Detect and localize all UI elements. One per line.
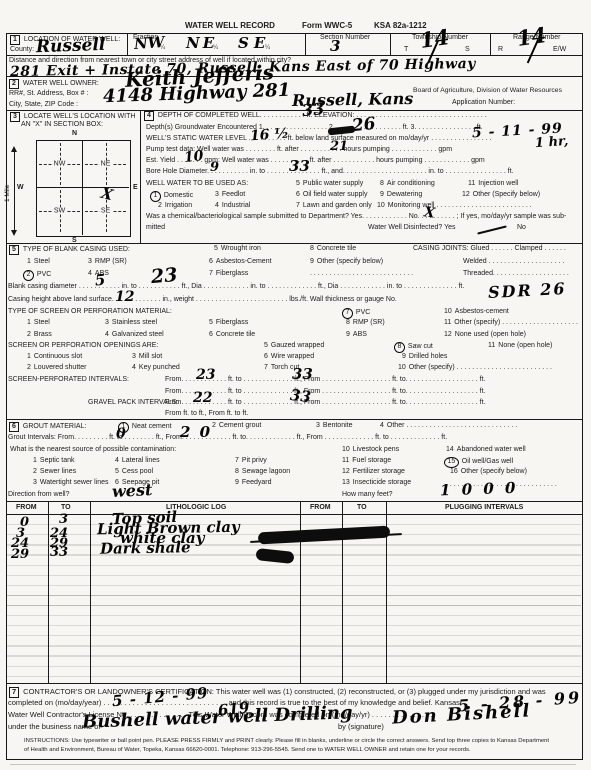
opening-option-10: 10Other (specify) . . . . . . . . . . . …: [398, 364, 552, 372]
arrow-up-icon: [11, 146, 17, 152]
contamination-option-8: 8Sewage lagoon: [235, 468, 290, 476]
screen-option-10: 10Asbestos-cement: [444, 308, 509, 316]
section5-number: 5: [9, 245, 19, 255]
pump-test-depth-value: 21: [330, 140, 348, 153]
screen-option-5: 5Fiberglass: [209, 319, 248, 327]
contamination-option-4: 4Lateral lines: [115, 457, 160, 465]
opening-option-3: 3Mill slot: [132, 353, 162, 361]
grout-option-4: 4Other . . . . . . . . . . . . . . . . .…: [380, 422, 517, 430]
groundwater-depth-value: 26: [351, 116, 376, 135]
opening-option-11: 11None (open hole): [488, 342, 552, 350]
contamination-option-11: 11Fuel storage: [342, 457, 391, 465]
board-label: Board of Agriculture, Division of Water …: [413, 87, 562, 95]
quadrant-nw-label: NW: [52, 160, 68, 167]
use-heading: WELL WATER TO BE USED AS:: [146, 180, 248, 188]
contamination-option-10: 10Livestock pens: [342, 446, 399, 454]
grout-option-1-selected: 1Neat cement: [122, 422, 172, 433]
use-option-7: 7Lawn and garden only: [296, 202, 372, 210]
use-option-11: 11Injection well: [468, 180, 518, 188]
joints-threaded-label: Threaded. . . . . . . . . . . . . . . . …: [463, 270, 569, 278]
use-option-12: 12Other (Specify below): [462, 191, 540, 199]
gp-to-value: 33: [289, 388, 311, 405]
screen-option-7-selected: 7PVC: [346, 308, 370, 319]
gauge-value: SDR 26: [488, 281, 567, 301]
contamination-option-7: 7Pit privy: [235, 457, 267, 465]
table-column-border: [90, 501, 91, 683]
casing-option-2-selected: 2PVC: [27, 270, 51, 281]
disinfected-label: Water Well Disinfected? Yes: [368, 224, 456, 232]
opening-option-1: 1Continuous slot: [27, 353, 82, 361]
quadrant-se-label: SE: [99, 207, 112, 214]
bore-diameter-value: 9: [210, 161, 219, 174]
circled-option-mark: 7: [342, 308, 353, 319]
grout-to-value: 2 0: [180, 425, 212, 440]
cell-border: [390, 33, 391, 55]
gravel-pack-intervals-line: From. . . . . . . . . . . . ft. to . . .…: [165, 399, 486, 407]
contamination-option-3: 3Watertight sewer lines: [33, 479, 109, 487]
opening-option-5: 5Gauzed wrapped: [264, 342, 324, 350]
contamination-heading: What is the nearest source of possible c…: [10, 446, 176, 454]
screen-option-12: 12None used (open hole): [444, 331, 526, 339]
signature-label: by (signature): [338, 723, 384, 732]
grout-option-2: 2Cement grout: [212, 422, 261, 430]
casing-option-6: 6Asbestos-Cement: [209, 258, 272, 266]
quadrant-sw-label: SW: [52, 207, 67, 214]
yield-value: 10: [183, 149, 204, 165]
grout-heading: 6GROUT MATERIAL:: [9, 422, 86, 432]
contamination-option-9: 9Feedyard: [235, 479, 271, 487]
screen-option-1: 1Steel: [27, 319, 50, 327]
county-label: County:: [10, 46, 34, 54]
screen-option-11: 11Other (specify) . . . . . . . . . . . …: [444, 319, 578, 327]
casing-option-1: 1Steel: [27, 258, 50, 266]
casing-option-9: 9Other (specify below): [310, 258, 383, 266]
cell-border: [127, 33, 128, 55]
plug-header-from: FROM: [310, 504, 331, 512]
sample-submitted-line: Was a chemical/bacteriological sample su…: [146, 213, 566, 221]
log-row-from: 29: [11, 548, 29, 561]
direction-value: west: [112, 482, 153, 500]
section4-number: 4: [144, 111, 154, 121]
section6-number: 6: [9, 422, 19, 432]
quadrant-nw: NW: [37, 141, 82, 187]
cell-border: [305, 33, 306, 55]
range-value: 14: [516, 24, 548, 49]
log-row-to: 33: [50, 546, 68, 559]
table-column-border: [300, 501, 301, 683]
mile-label: 1 Mile: [4, 185, 11, 202]
page-title: WATER WELL RECORD: [185, 21, 275, 30]
log-header-to: TO: [61, 504, 71, 512]
pump-test-time-value: 1 hr,: [535, 135, 569, 150]
casing-diameter-line: Blank casing diameter . . . . . . . . . …: [8, 283, 464, 291]
section3-number: 3: [10, 112, 20, 122]
city-label: City, State, ZIP Code :: [9, 101, 78, 109]
scan-edge-mark: [10, 764, 576, 765]
county-value: Russell: [36, 37, 106, 56]
water-well-record-form: WATER WELL RECORD Form WWC-5 KSA 82a-121…: [0, 0, 591, 770]
table-column-border: [48, 501, 49, 683]
plug-header-to: TO: [357, 504, 367, 512]
screen-option-2: 2Brass: [27, 331, 52, 339]
disinfected-no-label: No: [517, 224, 526, 232]
screen-option-8: 8RMP (SR): [346, 319, 385, 327]
divider: [6, 419, 582, 420]
divider: [6, 243, 582, 244]
sp-to-value: 33: [292, 367, 313, 382]
screen-option-4: 4Galvanized steel: [105, 331, 164, 339]
compass-south-label: S: [72, 237, 77, 245]
circled-option-mark: 2: [23, 270, 34, 281]
range-r: R: [498, 46, 503, 54]
screen-perforated-intervals-label: SCREEN-PERFORATED INTERVALS:: [8, 376, 129, 384]
grout-from-value: 0: [116, 427, 126, 441]
divider: [6, 501, 582, 502]
grout-intervals-line: Grout Intervals: From. . . . . . . . . f…: [8, 434, 447, 442]
casing-joints-label: CASING JOINTS: Glued . . . . . . Clamped…: [413, 245, 566, 253]
address-label: RR#, St. Address, Box # :: [9, 90, 88, 98]
section2-number: 2: [9, 79, 19, 89]
static-level-value: 16 ½: [250, 127, 290, 144]
casing-option-3: 3RMP (SR): [88, 258, 127, 266]
mitted-label: mitted: [146, 224, 165, 232]
compass-north-label: N: [72, 130, 77, 138]
openings-heading: SCREEN OR PERFORATION OPENINGS ARE:: [8, 342, 158, 350]
application-number-label: Application Number:: [452, 99, 515, 107]
use-option-2: 2Irrigation: [158, 202, 192, 210]
form-number: Form WWC-5: [302, 21, 352, 30]
section-number-value: 3: [330, 39, 340, 54]
casing-diameter-value: 5: [94, 273, 106, 289]
opening-option-9: 9Drilled holes: [402, 353, 447, 361]
quadrant-sw: SW: [37, 188, 82, 234]
circled-option-mark: 1: [150, 191, 161, 202]
section3-heading-line2: AN "X" IN SECTION BOX:: [21, 121, 103, 129]
quadrant-ne-label: NE: [99, 160, 113, 167]
use-option-5: 5Public water supply: [296, 180, 363, 188]
section3-right-border: [140, 110, 141, 243]
gravel-pack-intervals-line2: From ft. to ft., From ft. to ft.: [165, 410, 248, 418]
compass-east-label: E: [133, 184, 138, 192]
section2-heading: 2WATER WELL OWNER:: [9, 79, 99, 89]
feet-value: 1 0 0 0: [440, 481, 519, 499]
casing-option-8: 8Concrete tile: [310, 245, 356, 253]
section-number-label: Section Number: [320, 34, 370, 42]
use-option-1-selected: 1Domestic: [154, 191, 193, 202]
direction-label: Direction from well?: [8, 491, 69, 499]
arrow-down-icon: [11, 230, 17, 236]
casing-other-dots: . . . . . . . . . . . . . . . . . . . . …: [310, 270, 413, 278]
fraction-value-2: NE: [186, 36, 217, 51]
screen-option-3: 3Stainless steel: [105, 319, 157, 327]
contamination-option-14: 14Abandoned water well: [446, 446, 526, 454]
log-row-to: 3: [59, 513, 68, 526]
fraction-value-3: SE: [238, 36, 270, 51]
use-option-4: 4Industrial: [215, 202, 250, 210]
divider: [6, 683, 582, 684]
township-s: S: [465, 46, 470, 54]
depth-value: 33: [301, 101, 325, 119]
joints-welded-label: Welded . . . . . . . . . . . . . . . . .…: [463, 258, 564, 266]
contamination-option-2: 2Sewer lines: [33, 468, 76, 476]
township-t: T: [404, 46, 408, 54]
bore-hole-line: Bore Hole Diameter. . . . . . . . . . . …: [146, 168, 514, 176]
quadrant-ne: NE: [83, 141, 128, 187]
circled-option-mark: 15: [444, 457, 459, 468]
cell-border: [490, 33, 491, 55]
circled-option-mark: 8: [394, 342, 405, 353]
grout-option-3: 3Bentonite: [316, 422, 353, 430]
casing-height-line: Casing height above land surface. . . . …: [8, 296, 397, 304]
plug-header-intervals: PLUGGING INTERVALS: [445, 504, 523, 512]
compass-west-label: W: [17, 184, 24, 192]
casing-heading: 5TYPE OF BLANK CASING USED:: [9, 245, 130, 255]
casing-option-7: 7Fiberglass: [209, 270, 248, 278]
screen-perforated-intervals-line2: From. . . . . . . . . . . . ft. to . . .…: [165, 388, 486, 396]
instructions-line2: of Health and Environment, Bureau of Wat…: [24, 747, 471, 754]
fraction-value-1: NW: [134, 35, 166, 52]
casing-depth-value: 23: [150, 266, 178, 287]
section1-number: 1: [10, 35, 20, 45]
sp-from-value: 23: [196, 368, 215, 382]
sample-no-x-mark: X: [423, 205, 436, 220]
range-ew: E/W: [553, 46, 566, 54]
use-option-8: 8Air conditioning: [380, 180, 435, 188]
contamination-option-15-selected: 15Oil well/Gas well: [448, 457, 513, 468]
contamination-option-5: 5Cess pool: [115, 468, 153, 476]
use-option-3: 3Feedlot: [215, 191, 245, 199]
opening-option-4: 4Key punched: [132, 364, 180, 372]
groundwater-line: Depth(s) Groundwater Encountered 1. . . …: [146, 124, 483, 132]
screen-option-9: 9ABS: [346, 331, 367, 339]
mile-arrow-line: [14, 152, 15, 230]
contamination-option-13: 13Insecticide storage: [342, 479, 411, 487]
gp-from-value: 22: [193, 391, 212, 405]
screen-option-6: 6Concrete tile: [209, 331, 255, 339]
casing-option-5: 5Wrought iron: [214, 245, 261, 253]
contamination-option-16: 16Other (specify below): [450, 468, 527, 476]
contamination-option-12: 12Fertilizer storage: [342, 468, 405, 476]
log-row-description: Dark shale: [100, 540, 191, 557]
static-level-line: WELL'S STATIC WATER LEVEL . . . . . . . …: [146, 135, 492, 143]
screen-material-heading: TYPE OF SCREEN OR PERFORATION MATERIAL:: [8, 308, 172, 316]
instructions-line1: INSTRUCTIONS: Use typewriter or ball poi…: [24, 738, 549, 745]
use-option-10: 10Monitoring well . . . . . . . . . . . …: [377, 202, 532, 210]
opening-option-2: 2Louvered shutter: [27, 364, 86, 372]
use-option-9: 9Dewatering: [380, 191, 422, 199]
bore-depth-value: 33: [289, 159, 310, 174]
section7-number: 7: [9, 687, 19, 698]
use-option-6: 6Oil field water supply: [296, 191, 368, 199]
log-header-from: FROM: [16, 504, 37, 512]
opening-option-8-selected: 8Saw cut: [398, 342, 433, 353]
casing-height-value: 12: [115, 290, 134, 304]
opening-option-6: 6Wire wrapped: [264, 353, 314, 361]
contamination-option-1: 1Septic tank: [33, 457, 75, 465]
feet-label: How many feet?: [342, 491, 393, 499]
